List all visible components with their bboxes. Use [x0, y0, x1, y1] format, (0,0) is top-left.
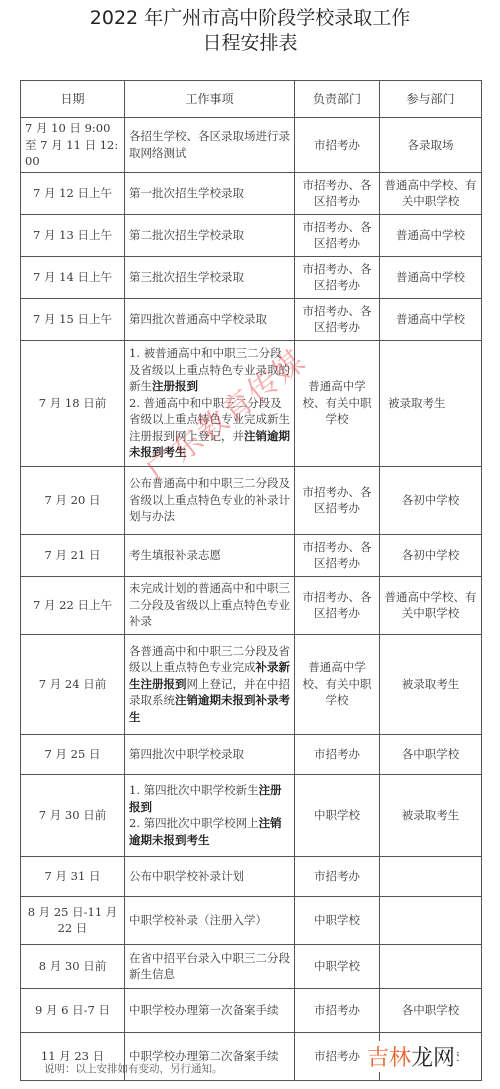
corner-watermark: 吉林龙网 — [365, 1041, 457, 1072]
task-text: 1. 第四批次中职学校新生 — [129, 783, 259, 797]
cell-task: 1. 被普通高中和中职三二分段及省级以上重点特色专业录取的新生注册报到2. 普通… — [125, 340, 295, 466]
cell-date: 8 月 30 日前 — [21, 944, 125, 988]
cell-date: 7 月 14 日上午 — [21, 256, 125, 298]
corner-watermark-part2: 龙网 — [411, 1046, 455, 1071]
cell-date: 7 月 25 日 — [21, 734, 125, 774]
cell-responsible-dept: 市招考办、各区招考办 — [295, 172, 380, 214]
table-row: 7 月 21 日考生填报补录志愿市招考办、各区招考办各初中学校 — [21, 534, 482, 576]
cell-participating-dept: 普通高中学校 — [380, 298, 482, 340]
cell-date: 7 月 20 日 — [21, 466, 125, 534]
emphasized-text: 注册报到 — [152, 379, 198, 393]
cell-date: 7 月 10 日 9:00 至 7 月 11 日 12:00 — [21, 118, 125, 173]
table-row: 7 月 18 日前1. 被普通高中和中职三二分段及省级以上重点特色专业录取的新生… — [21, 340, 482, 466]
cell-responsible-dept: 中职学校 — [295, 944, 380, 988]
cell-date: 7 月 15 日上午 — [21, 298, 125, 340]
cell-task: 第二批次招生学校录取 — [125, 214, 295, 256]
cell-participating-dept — [380, 896, 482, 944]
cell-responsible-dept: 市招考办 — [295, 118, 380, 173]
cell-task: 中职学校办理第一次备案手续 — [125, 988, 295, 1032]
table-row: 7 月 22 日上午未完成计划的普通高中和中职三二分段及省级以上重点特色专业补录… — [21, 576, 482, 634]
cell-responsible-dept: 市招考办、各区招考办 — [295, 466, 380, 534]
cell-responsible-dept: 市招考办、各区招考办 — [295, 534, 380, 576]
cell-task: 未完成计划的普通高中和中职三二分段及省级以上重点特色专业补录 — [125, 576, 295, 634]
table-row: 7 月 15 日上午第四批次普通高中学校录取市招考办、各区招考办普通高中学校 — [21, 298, 482, 340]
table-header-row: 日期 工作事项 负责部门 参与部门 — [21, 81, 482, 118]
cell-responsible-dept: 中职学校 — [295, 774, 380, 856]
table-row: 7 月 20 日公布普通高中和中职三二分段及省级以上重点特色专业的补录计划与办法… — [21, 466, 482, 534]
table-body: 7 月 10 日 9:00 至 7 月 11 日 12:00各招生学校、各区录取… — [21, 118, 482, 1081]
table-row: 7 月 30 日前1. 第四批次中职学校新生注册报到2. 第四批次中职学校网上注… — [21, 774, 482, 856]
cell-responsible-dept: 市招考办 — [295, 734, 380, 774]
cell-date: 7 月 12 日上午 — [21, 172, 125, 214]
cell-task: 1. 第四批次中职学校新生注册报到2. 第四批次中职学校网上注销逾期未报到考生 — [125, 774, 295, 856]
cell-task: 各招生学校、各区录取场进行录取网络测试 — [125, 118, 295, 173]
cell-participating-dept: 各初中学校 — [380, 534, 482, 576]
cell-task: 第四批次普通高中学校录取 — [125, 298, 295, 340]
cell-participating-dept: 被录取考生 — [380, 774, 482, 856]
cell-participating-dept: 各录取场 — [380, 118, 482, 173]
cell-responsible-dept: 市招考办、各区招考办 — [295, 256, 380, 298]
header-participating-dept: 参与部门 — [380, 81, 482, 118]
cell-task: 公布普通高中和中职三二分段及省级以上重点特色专业的补录计划与办法 — [125, 466, 295, 534]
table-row: 7 月 24 日前各普通高中和中职三二分段及省级以上重点特色专业完成补录新生注册… — [21, 634, 482, 734]
page-title: 2022 年广州市高中阶段学校录取工作 日程安排表 — [0, 6, 500, 56]
table-row: 7 月 10 日 9:00 至 7 月 11 日 12:00各招生学校、各区录取… — [21, 118, 482, 173]
footnote: 说明：以上安排如有变动，另行通知。 — [44, 1061, 223, 1076]
cell-participating-dept: 普通高中学校、有关中职学校 — [380, 576, 482, 634]
table-row: 7 月 13 日上午第二批次招生学校录取市招考办、各区招考办普通高中学校 — [21, 214, 482, 256]
cell-participating-dept: 被录取考生 — [380, 634, 482, 734]
cell-participating-dept: 普通高中学校、有关中职学校 — [380, 172, 482, 214]
cell-date: 7 月 24 日前 — [21, 634, 125, 734]
cell-responsible-dept: 中职学校 — [295, 896, 380, 944]
cell-date: 7 月 18 日前 — [21, 340, 125, 466]
cell-date: 9 月 6 日-7 日 — [21, 988, 125, 1032]
cell-task: 第三批次招生学校录取 — [125, 256, 295, 298]
cell-responsible-dept: 市招考办、各区招考办 — [295, 576, 380, 634]
header-date: 日期 — [21, 81, 125, 118]
cell-responsible-dept: 市招考办 — [295, 988, 380, 1032]
cell-participating-dept — [380, 944, 482, 988]
cell-date: 7 月 31 日 — [21, 856, 125, 896]
schedule-table: 日期 工作事项 负责部门 参与部门 7 月 10 日 9:00 至 7 月 11… — [20, 80, 482, 1081]
table-row: 9 月 6 日-7 日中职学校办理第一次备案手续市招考办各中职学校 — [21, 988, 482, 1032]
header-task: 工作事项 — [125, 81, 295, 118]
cell-date: 7 月 22 日上午 — [21, 576, 125, 634]
cell-participating-dept: 各中职学校 — [380, 734, 482, 774]
cell-task: 各普通高中和中职三二分段及省级以上重点特色专业完成补录新生注册报到网上登记，并在… — [125, 634, 295, 734]
title-line-1: 2022 年广州市高中阶段学校录取工作 — [0, 6, 500, 31]
cell-responsible-dept: 市招考办、各区招考办 — [295, 298, 380, 340]
cell-responsible-dept: 普通高中学校、有关中职学校 — [295, 634, 380, 734]
cell-task: 中职学校补录（注册入学） — [125, 896, 295, 944]
cell-responsible-dept: 市招考办 — [295, 856, 380, 896]
cell-participating-dept — [380, 856, 482, 896]
corner-watermark-part1: 吉林 — [367, 1046, 411, 1071]
cell-participating-dept: 普通高中学校 — [380, 214, 482, 256]
cell-date: 7 月 21 日 — [21, 534, 125, 576]
table-row: 8 月 25 日-11 月 22 日中职学校补录（注册入学）中职学校 — [21, 896, 482, 944]
cell-task: 考生填报补录志愿 — [125, 534, 295, 576]
cell-task: 第一批次招生学校录取 — [125, 172, 295, 214]
cell-date: 7 月 13 日上午 — [21, 214, 125, 256]
table-row: 8 月 30 日前在省中招平台录入中职三二分段新生信息中职学校 — [21, 944, 482, 988]
cell-task: 第四批次中职学校录取 — [125, 734, 295, 774]
cell-participating-dept: 各中职学校 — [380, 988, 482, 1032]
table-row: 7 月 25 日第四批次中职学校录取市招考办各中职学校 — [21, 734, 482, 774]
cell-date: 7 月 30 日前 — [21, 774, 125, 856]
cell-date: 8 月 25 日-11 月 22 日 — [21, 896, 125, 944]
cell-task: 在省中招平台录入中职三二分段新生信息 — [125, 944, 295, 988]
table-row: 7 月 31 日公布中职学校补录计划市招考办 — [21, 856, 482, 896]
cell-responsible-dept: 市招考办、各区招考办 — [295, 214, 380, 256]
cell-task: 公布中职学校补录计划 — [125, 856, 295, 896]
task-text: 2. 第四批次中职学校网上 — [129, 816, 259, 830]
cell-participating-dept: 普通高中学校 — [380, 256, 482, 298]
table-row: 7 月 14 日上午第三批次招生学校录取市招考办、各区招考办普通高中学校 — [21, 256, 482, 298]
cell-responsible-dept: 普通高中学校、有关中职学校 — [295, 340, 380, 466]
cell-participating-dept: 各初中学校 — [380, 466, 482, 534]
table-row: 7 月 12 日上午第一批次招生学校录取市招考办、各区招考办普通高中学校、有关中… — [21, 172, 482, 214]
title-line-2: 日程安排表 — [0, 31, 500, 56]
header-responsible-dept: 负责部门 — [295, 81, 380, 118]
cell-participating-dept: 被录取考生 — [380, 340, 482, 466]
